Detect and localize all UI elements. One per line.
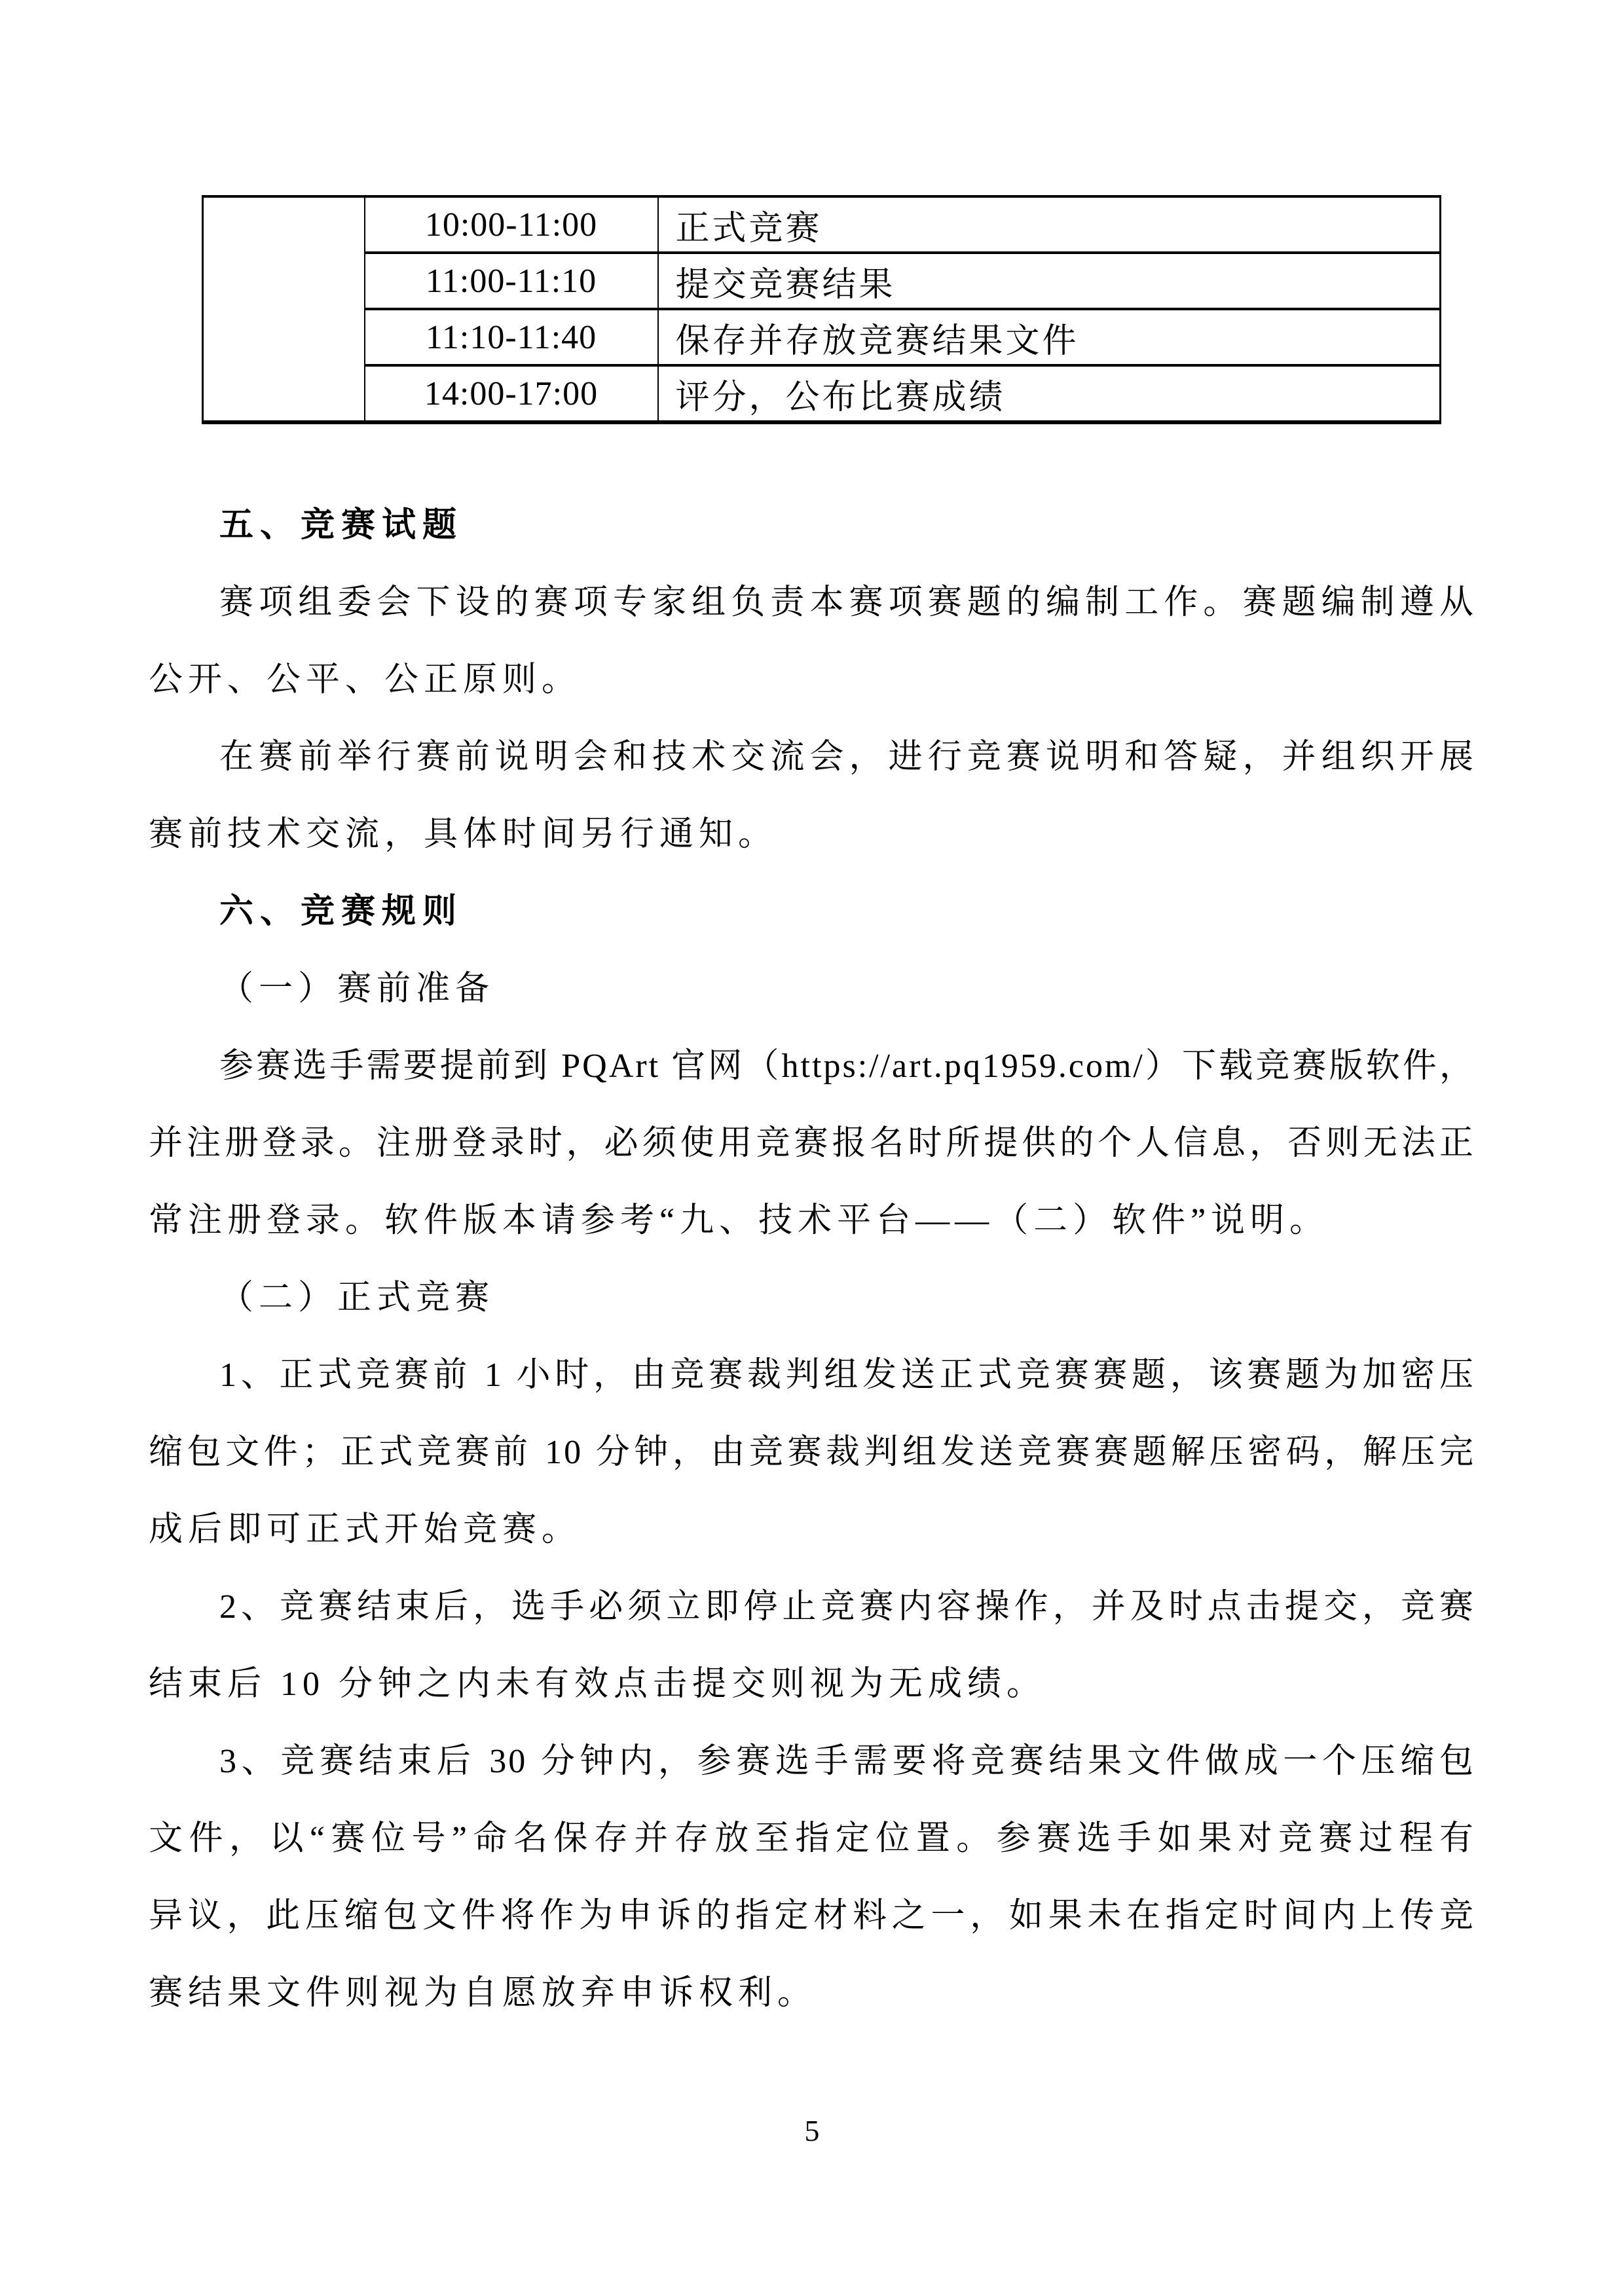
text-line: 缩包文件；正式竞赛前 10 分钟，由竞赛裁判组发送竞赛赛题解压密码，解压完 bbox=[149, 1414, 1475, 1491]
text-line: 异议，此压缩包文件将作为申诉的指定材料之一，如果未在指定时间内上传竞 bbox=[149, 1878, 1475, 1955]
document-page: 10:00-11:00 正式竞赛 11:00-11:10 提交竞赛结果 11:1… bbox=[0, 0, 1624, 2296]
time-cell: 11:10-11:40 bbox=[365, 309, 658, 365]
time-cell: 14:00-17:00 bbox=[365, 365, 658, 422]
text-line: 赛前技术交流，具体时间另行通知。 bbox=[149, 796, 1475, 873]
text-line: 1、正式竞赛前 1 小时，由竞赛裁判组发送正式竞赛赛题，该赛题为加密压 bbox=[149, 1337, 1475, 1414]
table-row: 14:00-17:00 评分，公布比赛成绩 bbox=[203, 365, 1441, 422]
text-line: 成后即可正式开始竞赛。 bbox=[149, 1491, 1475, 1569]
text-line: 公开、公平、公正原则。 bbox=[149, 642, 1475, 719]
text-line: 3、竞赛结束后 30 分钟内，参赛选手需要将竞赛结果文件做成一个压缩包 bbox=[149, 1723, 1475, 1800]
empty-cell bbox=[203, 196, 365, 422]
page-number: 5 bbox=[0, 2092, 1624, 2170]
table-row: 11:10-11:40 保存并存放竞赛结果文件 bbox=[203, 309, 1441, 365]
text-line: 在赛前举行赛前说明会和技术交流会，进行竞赛说明和答疑，并组织开展 bbox=[149, 719, 1475, 796]
subsection-heading-2: （二）正式竞赛 bbox=[149, 1260, 1475, 1337]
time-cell: 11:00-11:10 bbox=[365, 253, 658, 309]
text-line: 参赛选手需要提前到 PQArt 官网（https://art.pq1959.co… bbox=[149, 1028, 1475, 1105]
text-line: 并注册登录。注册登录时，必须使用竞赛报名时所提供的个人信息，否则无法正 bbox=[149, 1105, 1475, 1182]
activity-cell: 提交竞赛结果 bbox=[658, 253, 1441, 309]
activity-cell: 保存并存放竞赛结果文件 bbox=[658, 309, 1441, 365]
time-cell: 10:00-11:00 bbox=[365, 196, 658, 253]
subsection-heading-1: （一）赛前准备 bbox=[149, 951, 1475, 1028]
table-row: 10:00-11:00 正式竞赛 bbox=[203, 196, 1441, 253]
activity-cell: 评分，公布比赛成绩 bbox=[658, 365, 1441, 422]
text-line: 2、竞赛结束后，选手必须立即停止竞赛内容操作，并及时点击提交，竞赛 bbox=[149, 1569, 1475, 1646]
text-line: 结束后 10 分钟之内未有效点击提交则视为无成绩。 bbox=[149, 1646, 1475, 1723]
section-heading-5: 五、竞赛试题 bbox=[149, 487, 1475, 564]
text-line: 文件，以“赛位号”命名保存并存放至指定位置。参赛选手如果对竞赛过程有 bbox=[149, 1800, 1475, 1878]
activity-cell: 正式竞赛 bbox=[658, 196, 1441, 253]
text-line: 赛结果文件则视为自愿放弃申诉权利。 bbox=[149, 1955, 1475, 2032]
text-line: 赛项组委会下设的赛项专家组负责本赛项赛题的编制工作。赛题编制遵从 bbox=[149, 564, 1475, 642]
text-line: 常注册登录。软件版本请参考“九、技术平台——（二）软件”说明。 bbox=[149, 1182, 1475, 1260]
table-row: 11:00-11:10 提交竞赛结果 bbox=[203, 253, 1441, 309]
schedule-table: 10:00-11:00 正式竞赛 11:00-11:10 提交竞赛结果 11:1… bbox=[202, 195, 1441, 424]
body-text: 五、竞赛试题 赛项组委会下设的赛项专家组负责本赛项赛题的编制工作。赛题编制遵从 … bbox=[149, 487, 1475, 2032]
section-heading-6: 六、竞赛规则 bbox=[149, 873, 1475, 951]
